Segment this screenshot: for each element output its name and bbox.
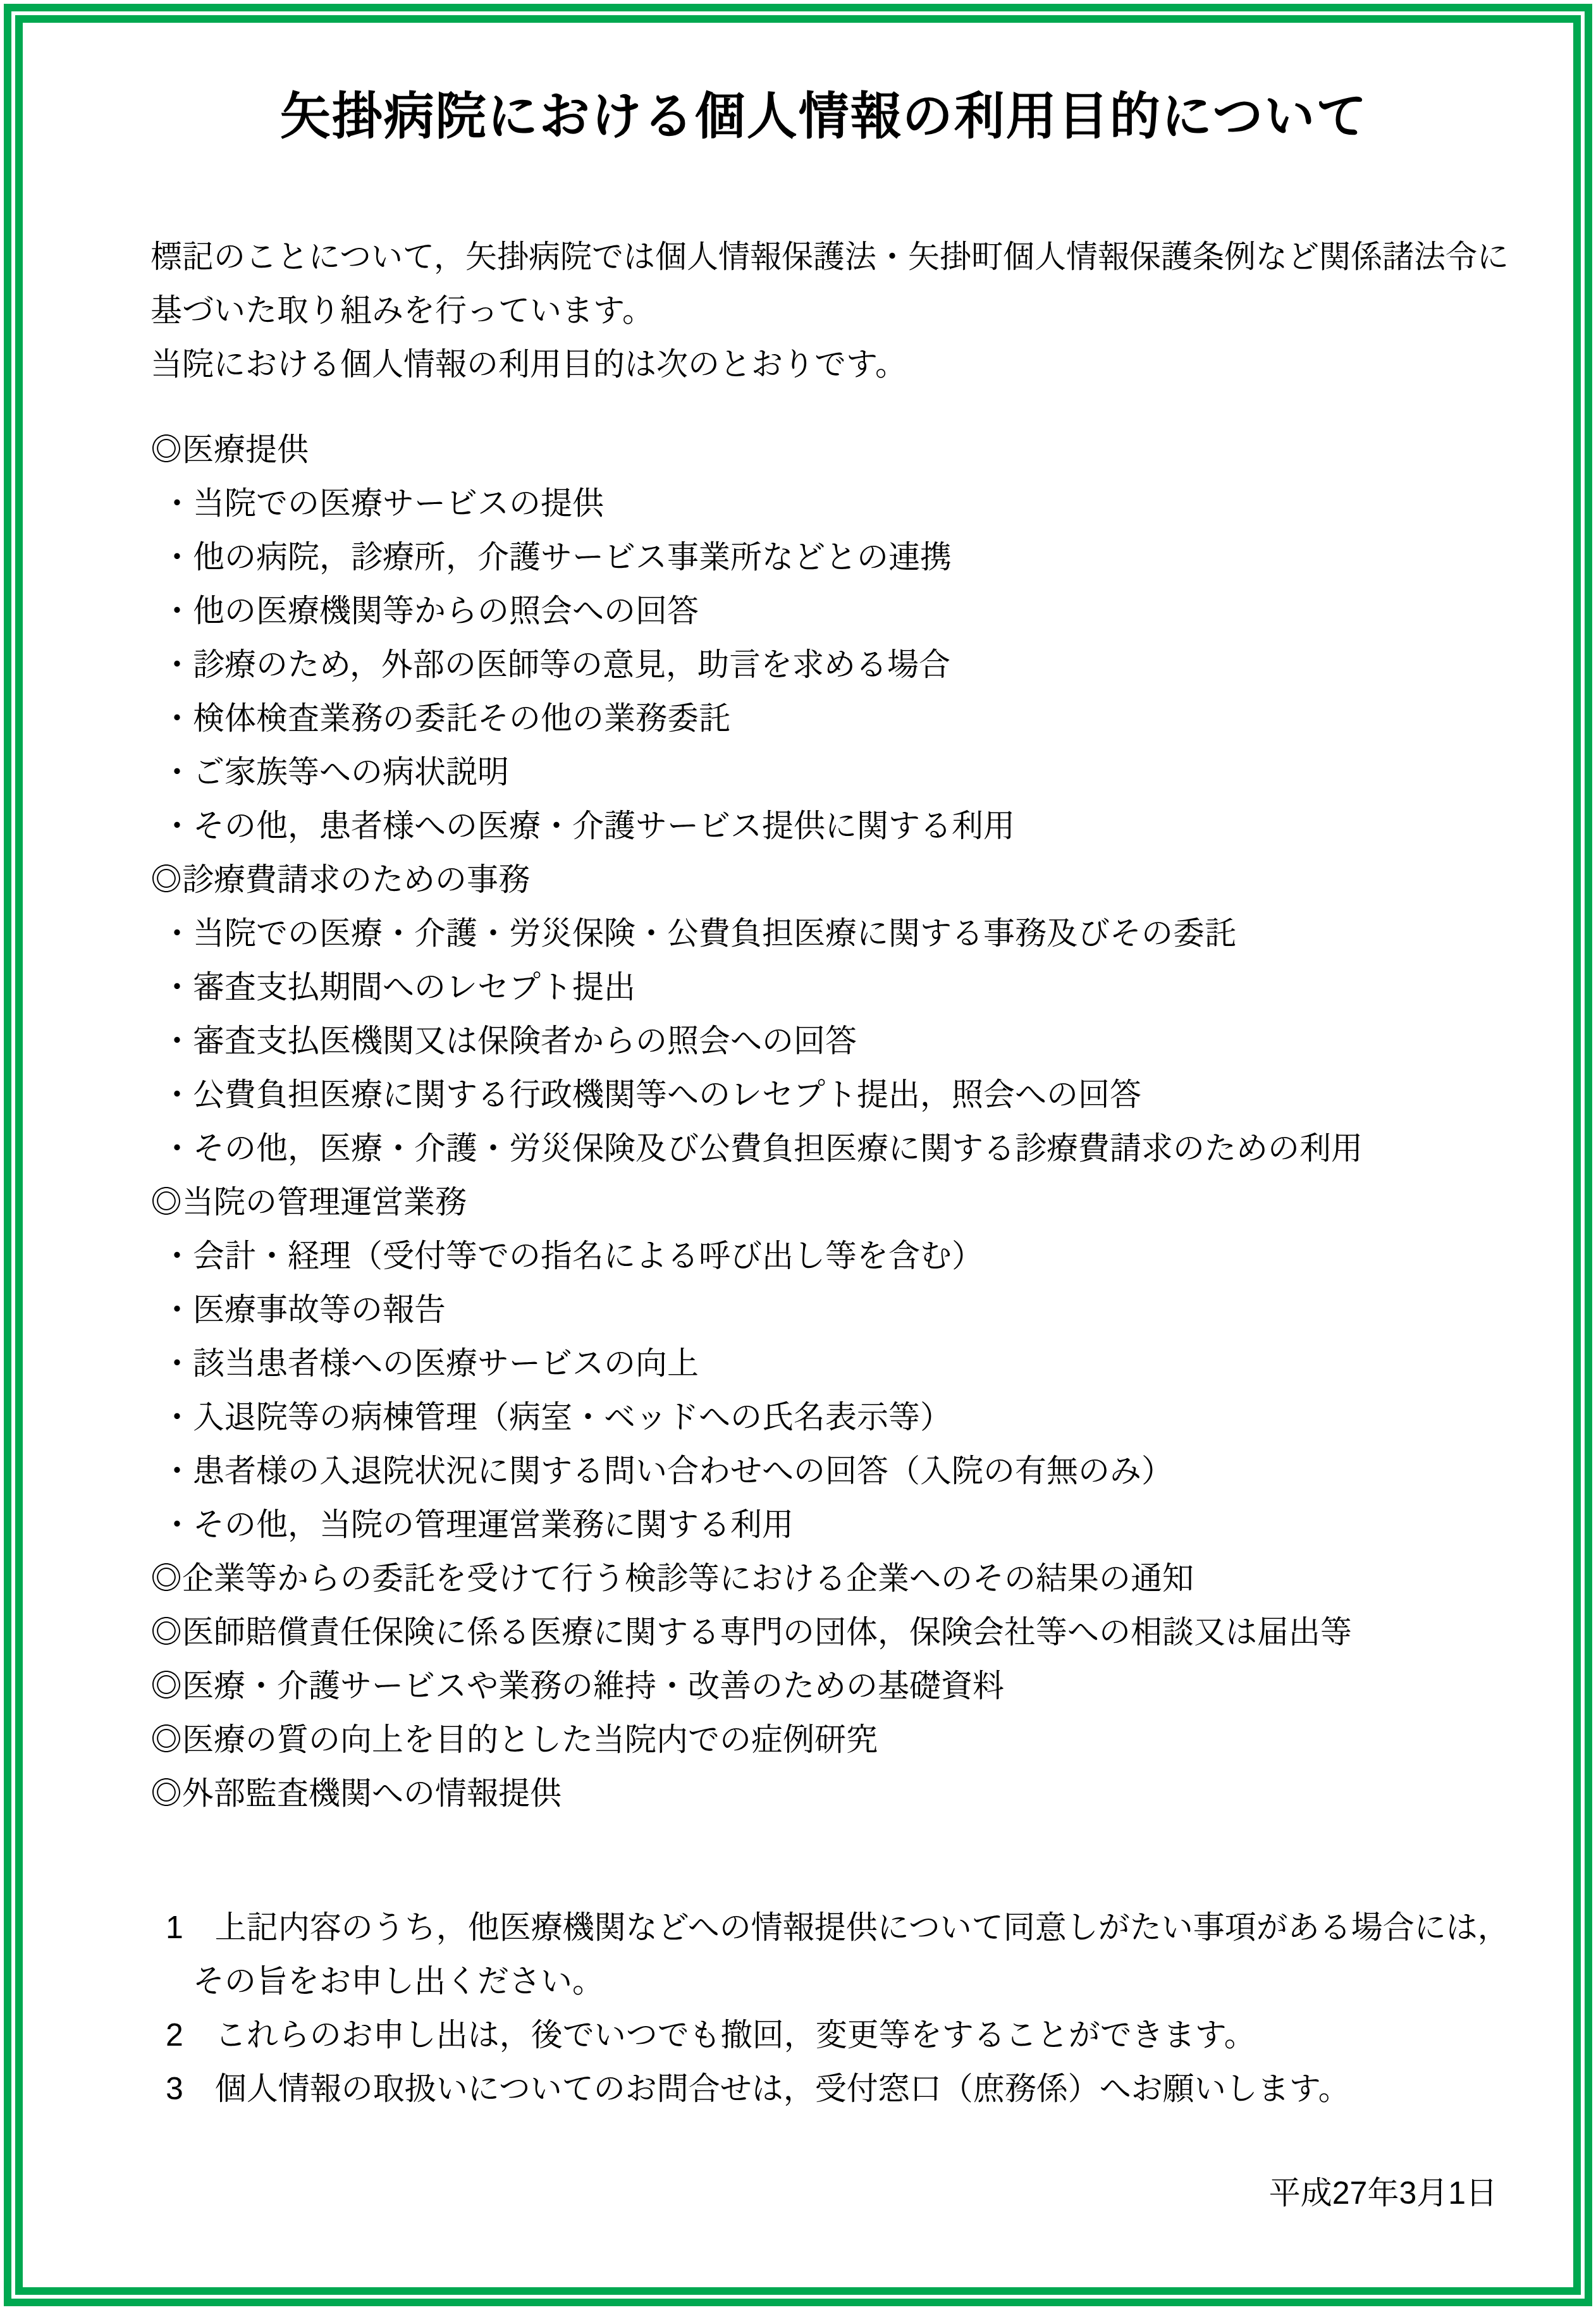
purpose-section-heading: ◎当院の管理運営業務 <box>150 1176 1497 1229</box>
intro-line: 基づいた取り組みを行っています。 <box>150 284 1497 338</box>
purpose-section-heading: ◎診療費請求のための事務 <box>150 853 1497 907</box>
note-item: 3 個人情報の取扱いについてのお問合せは，受付窓口（庶務係）へお願いします。 <box>150 2062 1497 2116</box>
intro-line: 当院における個人情報の利用目的は次のとおりです。 <box>150 338 1497 391</box>
purpose-section-heading: ◎医師賠償責任保険に係る医療に関する専門の団体，保険会社等への相談又は届出等 <box>150 1606 1497 1659</box>
notes-list: 1 上記内容のうち，他医療機関などへの情報提供について同意しがたい事項がある場合… <box>150 1901 1497 2116</box>
purpose-section-heading: ◎医療の質の向上を目的とした当院内での症例研究 <box>150 1713 1497 1767</box>
document-date: 平成27年3月1日 <box>150 2166 1497 2220</box>
purpose-item: ・公費負担医療に関する行政機関等へのレセプト提出，照会への回答 <box>150 1068 1497 1122</box>
purpose-item: ・ご家族等への病状説明 <box>150 746 1497 799</box>
purpose-item: ・当院での医療サービスの提供 <box>150 477 1497 531</box>
purpose-item: ・会計・経理（受付等での指名による呼び出し等を含む） <box>150 1229 1497 1283</box>
document-content: 矢掛病院における個人情報の利用目的について 標記のことについて，矢掛病院では個人… <box>23 23 1573 2287</box>
purpose-item: ・その他，当院の管理運営業務に関する利用 <box>150 1498 1497 1552</box>
intro-paragraph: 標記のことについて，矢掛病院では個人情報保護法・矢掛町個人情報保護条例など関係諸… <box>150 230 1497 391</box>
purpose-list: ◎医療提供 ・当院での医療サービスの提供 ・他の病院，診療所，介護サービス事業所… <box>150 423 1497 1821</box>
purpose-item: ・他の医療機関等からの照会への回答 <box>150 584 1497 638</box>
purpose-item: ・検体検査業務の委託その他の業務委託 <box>150 692 1497 746</box>
purpose-item: ・審査支払期間へのレセプト提出 <box>150 961 1497 1014</box>
document-page: 矢掛病院における個人情報の利用目的について 標記のことについて，矢掛病院では個人… <box>0 0 1596 2310</box>
purpose-section-heading: ◎医療・介護サービスや業務の維持・改善のための基礎資料 <box>150 1659 1497 1713</box>
note-item-continuation: その旨をお申し出ください。 <box>150 1955 1497 2008</box>
note-item: 2 これらのお申し出は，後でいつでも撤回，変更等をすることができます。 <box>150 2008 1497 2062</box>
purpose-item: ・その他，患者様への医療・介護サービス提供に関する利用 <box>150 799 1497 853</box>
purpose-item: ・その他，医療・介護・労災保険及び公費負担医療に関する診療費請求のための利用 <box>150 1122 1497 1176</box>
purpose-section-heading: ◎企業等からの委託を受けて行う検診等における企業へのその結果の通知 <box>150 1552 1497 1606</box>
purpose-section-heading: ◎医療提供 <box>150 423 1497 477</box>
purpose-item: ・診療のため，外部の医師等の意見，助言を求める場合 <box>150 638 1497 692</box>
purpose-section-heading: ◎外部監査機関への情報提供 <box>150 1767 1497 1821</box>
purpose-item: ・該当患者様への医療サービスの向上 <box>150 1337 1497 1391</box>
note-item: 1 上記内容のうち，他医療機関などへの情報提供について同意しがたい事項がある場合… <box>150 1901 1497 1955</box>
purpose-item: ・他の病院，診療所，介護サービス事業所などとの連携 <box>150 531 1497 584</box>
purpose-item: ・医療事故等の報告 <box>150 1283 1497 1337</box>
page-title: 矢掛病院における個人情報の利用目的について <box>150 89 1497 144</box>
purpose-item: ・患者様の入退院状況に関する問い合わせへの回答（入院の有無のみ） <box>150 1444 1497 1498</box>
purpose-item: ・入退院等の病棟管理（病室・ベッドへの氏名表示等） <box>150 1391 1497 1444</box>
purpose-item: ・当院での医療・介護・労災保険・公費負担医療に関する事務及びその委託 <box>150 907 1497 961</box>
purpose-item: ・審査支払医機関又は保険者からの照会への回答 <box>150 1014 1497 1068</box>
intro-line: 標記のことについて，矢掛病院では個人情報保護法・矢掛町個人情報保護条例など関係諸… <box>150 230 1497 284</box>
